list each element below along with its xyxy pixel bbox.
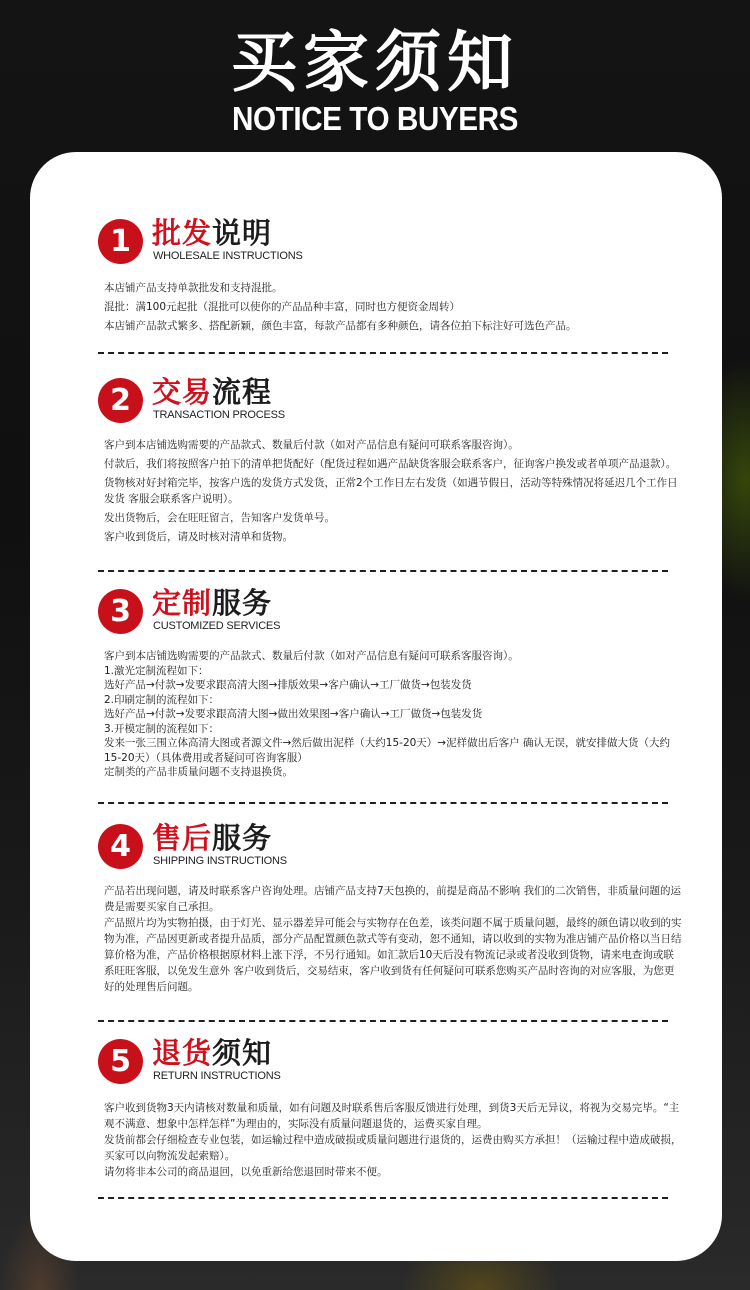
paragraph: 选好产品→付款→发要求跟高清大图→做出效果图→客户确认→工厂做货→包装发货 <box>104 707 684 722</box>
section-header: 2 交易流程 TRANSACTION PROCESS <box>98 375 398 425</box>
section-subtitle: RETURN INSTRUCTIONS <box>153 1070 281 1082</box>
paragraph: 本店铺产品支持单款批发和支持混批。 <box>104 280 684 296</box>
paragraph: 客户到本店铺选购需要的产品款式、数量后付款（如对产品信息有疑问可联系客服咨询）。 <box>104 649 684 664</box>
section-title: 退货须知 <box>152 1036 272 1070</box>
paragraph: 本店铺产品款式繁多、搭配新颖，颜色丰富，每款产品都有多种颜色，请各位拍下标注好可… <box>104 318 684 334</box>
paragraph: 3.开模定制的流程如下： <box>104 722 684 737</box>
paragraph: 客户收到货后，请及时核对清单和货物。 <box>104 529 684 545</box>
section-title: 交易流程 <box>152 375 272 409</box>
section-body: 客户收到货物3天内请核对数量和质量，如有问题及时联系售后客服反馈进行处理，到货3… <box>104 1100 684 1180</box>
number-badge-icon: 4 <box>98 824 143 869</box>
paragraph: 混批：满100元起批（混批可以使你的产品品种丰富，同时也方便资金周转） <box>104 299 684 315</box>
section-body: 客户到本店铺选购需要的产品款式、数量后付款（如对产品信息有疑问可联系客服咨询）。… <box>104 437 684 548</box>
number-badge-icon: 2 <box>98 378 143 423</box>
paragraph: 付款后，我们将按照客户拍下的清单把货配好（配货过程如遇产品缺货客服会联系客户，征… <box>104 456 684 472</box>
section-header: 3 定制服务 CUSTOMIZED SERVICES <box>98 586 398 636</box>
dashed-divider <box>98 1020 668 1022</box>
paragraph: 发来一张三围立体高清大图或者源文件→然后做出泥样（大约15-20天）→泥样做出后… <box>104 736 684 765</box>
section-header: 1 批发说明 WHOLESALE INSTRUCTIONS <box>98 216 398 266</box>
paragraph: 1.激光定制流程如下： <box>104 664 684 679</box>
paragraph: 2.印刷定制的流程如下： <box>104 693 684 708</box>
number-badge-icon: 1 <box>98 219 143 264</box>
number-badge-icon: 3 <box>98 589 143 634</box>
section-title: 售后服务 <box>152 821 272 855</box>
section-title: 定制服务 <box>152 586 272 620</box>
section-subtitle: WHOLESALE INSTRUCTIONS <box>153 250 303 262</box>
number-badge-icon: 5 <box>98 1039 143 1084</box>
dashed-divider <box>98 1197 668 1199</box>
paragraph: 发货前都会仔细检查专业包装，如运输过程中造成破损或质量问题进行退货的，运费由购买… <box>104 1132 684 1164</box>
dashed-divider <box>98 352 668 354</box>
section-body: 本店铺产品支持单款批发和支持混批。 混批：满100元起批（混批可以使你的产品品种… <box>104 280 684 337</box>
section-title: 批发说明 <box>152 216 272 250</box>
paragraph: 客户收到货物3天内请核对数量和质量，如有问题及时联系售后客服反馈进行处理，到货3… <box>104 1100 684 1132</box>
paragraph: 货物核对好封箱完毕，按客户选的发货方式发货，正常2个工作日左右发货（如遇节假日，… <box>104 475 684 507</box>
section-subtitle: TRANSACTION PROCESS <box>153 409 285 421</box>
section-header: 4 售后服务 SHIPPING INSTRUCTIONS <box>98 821 398 871</box>
section-subtitle: CUSTOMIZED SERVICES <box>153 620 280 632</box>
notice-card: 1 批发说明 WHOLESALE INSTRUCTIONS 本店铺产品支持单款批… <box>30 152 722 1261</box>
paragraph: 客户到本店铺选购需要的产品款式、数量后付款（如对产品信息有疑问可联系客服咨询）。 <box>104 437 684 453</box>
section-body: 客户到本店铺选购需要的产品款式、数量后付款（如对产品信息有疑问可联系客服咨询）。… <box>104 649 684 780</box>
dashed-divider <box>98 570 668 572</box>
paragraph: 产品若出现问题，请及时联系客户咨询处理。店铺产品支持7天包换的，前提是商品不影响… <box>104 883 684 915</box>
page-subtitle: NOTICE TO BUYERS <box>38 100 713 138</box>
section-body: 产品若出现问题，请及时联系客户咨询处理。店铺产品支持7天包换的，前提是商品不影响… <box>104 883 684 995</box>
paragraph: 选好产品→付款→发要求跟高清大图→排版效果→客户确认→工厂做货→包装发货 <box>104 678 684 693</box>
page-title: 买家须知 <box>0 28 750 98</box>
paragraph: 请勿将非本公司的商品退回，以免重新给您退回时带来不便。 <box>104 1164 684 1180</box>
section-subtitle: SHIPPING INSTRUCTIONS <box>153 855 287 867</box>
paragraph: 发出货物后，会在旺旺留言，告知客户发货单号。 <box>104 510 684 526</box>
paragraph: 产品照片均为实物拍摄，由于灯光、显示器差异可能会与实物存在色差，该类问题不属于质… <box>104 915 684 995</box>
page-header: 买家须知 NOTICE TO BUYERS <box>0 0 750 150</box>
section-header: 5 退货须知 RETURN INSTRUCTIONS <box>98 1036 398 1086</box>
dashed-divider <box>98 802 668 804</box>
paragraph: 定制类的产品非质量问题不支持退换货。 <box>104 765 684 780</box>
